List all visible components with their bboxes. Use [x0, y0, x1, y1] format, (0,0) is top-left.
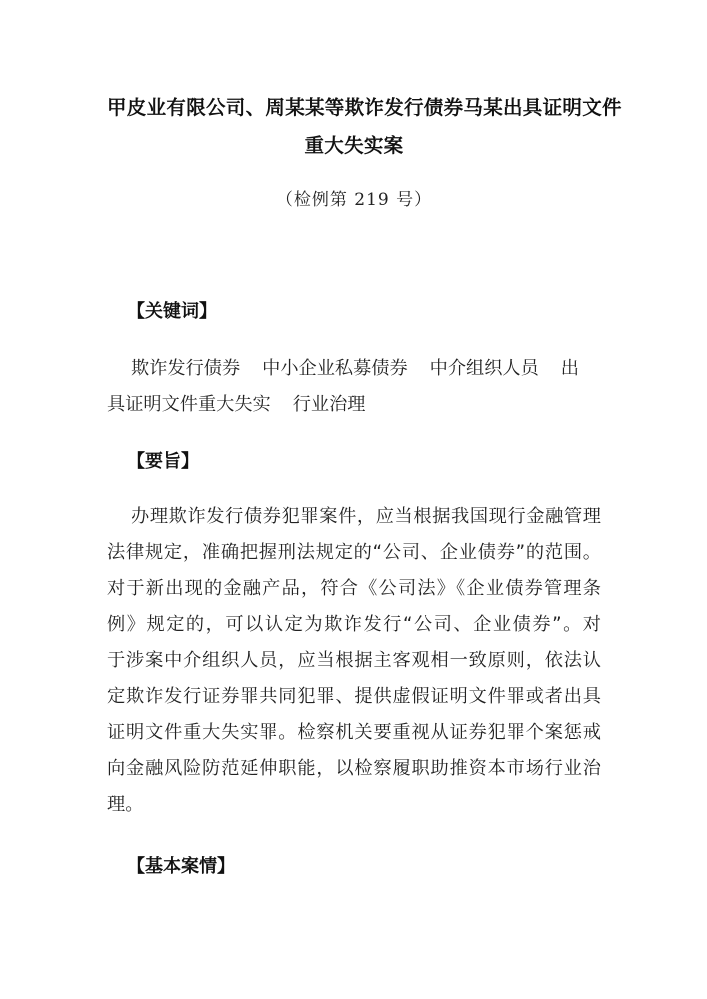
document-title-line-1: 甲皮业有限公司、周某某等欺诈发行债券马某出具证明文件	[107, 92, 601, 120]
keywords-line-2: 具证明文件重大失实行业治理	[107, 390, 601, 416]
keyword: 欺诈发行债券	[131, 358, 240, 379]
keyword: 行业治理	[293, 394, 366, 415]
gist-line: 于涉案中介组织人员，应当根据主客观相一致原则，依法认	[107, 646, 601, 672]
facts-heading: 【基本案情】	[127, 852, 235, 878]
gist-line: 定欺诈发行证券罪共同犯罪、提供虚假证明文件罪或者出具	[107, 682, 601, 708]
keywords-heading: 【关键词】	[127, 297, 217, 323]
gist-line: 向金融风险防范延伸职能，以检察履职助推资本市场行业治	[107, 754, 601, 780]
keyword: 具证明文件重大失实	[107, 394, 271, 415]
keyword: 中介组织人员	[430, 358, 539, 379]
gist-line: 办理欺诈发行债券犯罪案件，应当根据我国现行金融管理	[107, 502, 601, 528]
gist-line: 证明文件重大失实罪。检察机关要重视从证券犯罪个案惩戒	[107, 718, 601, 744]
document-title-line-2: 重大失实案	[107, 130, 601, 158]
gist-line: 理。	[107, 790, 601, 816]
keywords-line-1: 欺诈发行债券中小企业私募债券中介组织人员出	[107, 354, 625, 380]
keyword: 中小企业私募债券	[262, 358, 408, 379]
case-number: （检例第 219 号）	[107, 185, 601, 210]
gist-line: 对于新出现的金融产品，符合《公司法》《企业债券管理条	[107, 574, 601, 600]
keyword: 出	[561, 358, 579, 379]
gist-heading: 【要旨】	[127, 447, 199, 473]
gist-line: 法律规定，准确把握刑法规定的“公司、企业债券”的范围。	[107, 538, 601, 564]
gist-line: 例》规定的，可以认定为欺诈发行“公司、企业债券”。对	[107, 610, 601, 636]
